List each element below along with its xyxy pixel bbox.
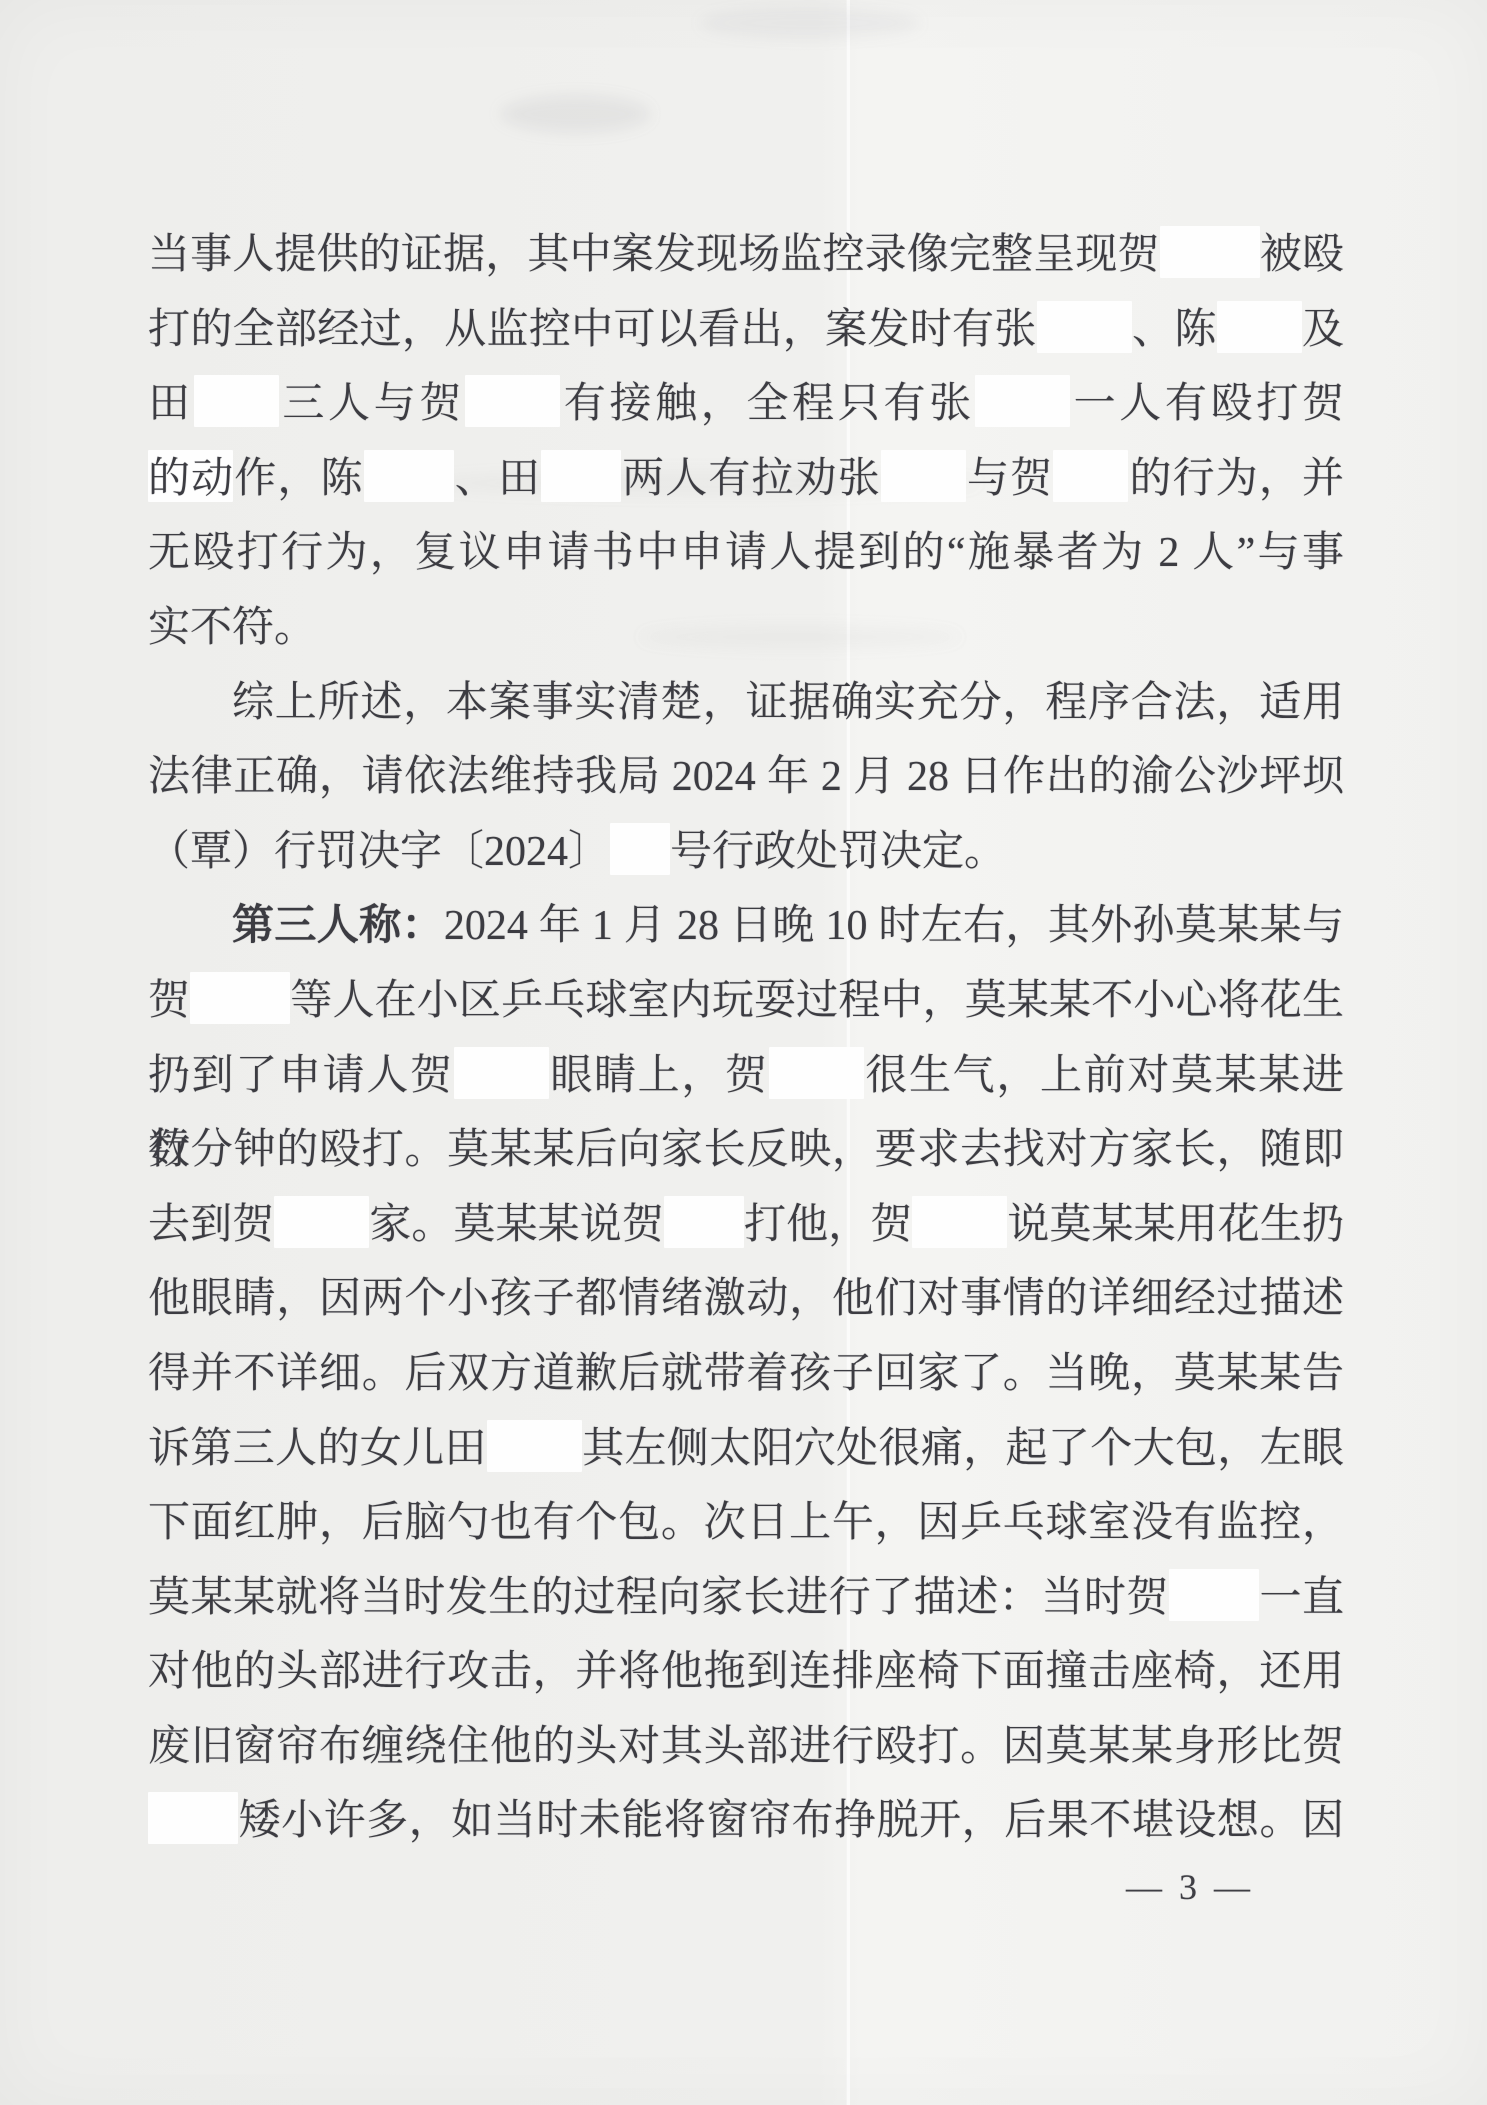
text-run: 两人有拉劝张 (621, 456, 881, 502)
text-line: 的动作，陈、田两人有拉劝张与贺的行为，并 (148, 442, 1344, 517)
text-run: 法律正确，请依法维持我局 2024 年 2 月 28 日作出的渝公沙坪坝 (148, 754, 1344, 800)
text-run: 矮小许多，如当时未能将窗帘布挣脱开，后果不堪设想。因 (238, 1798, 1344, 1844)
text-run: 打的全部经过，从监控中可以看出，案发时有张 (148, 307, 1037, 353)
redaction-box (664, 1196, 744, 1248)
redaction-box (454, 1047, 549, 1099)
text-run: 无殴打行为，复议申请书中申请人提到的“施暴者为 2 人”与事 (148, 530, 1344, 576)
text-run: 一人有殴打贺 (1070, 381, 1344, 427)
redaction-box (190, 972, 290, 1024)
text-run: 去到贺 (148, 1202, 274, 1248)
page-number: — 3 — (1110, 1866, 1270, 1908)
text-run: 废旧窗帘布缠绕住他的头对其头部进行殴打。因莫某某身形比贺 (148, 1724, 1344, 1770)
text-line: 去到贺家。莫某某说贺打他，贺说莫某某用花生扔 (148, 1188, 1344, 1263)
text-line: 田三人与贺有接触，全程只有张一人有殴打贺 (148, 367, 1344, 442)
redaction-box (148, 1792, 238, 1844)
redaction-box (1037, 301, 1132, 353)
text-line: 当事人提供的证据，其中案发现场监控录像完整呈现贺被殴 (148, 218, 1344, 293)
text-line: 数分钟的殴打。莫某某后向家长反映，要求去找对方家长，随即 (148, 1113, 1344, 1188)
text-run: 与贺 (966, 456, 1053, 502)
text-line: 得并不详细。后双方道歉后就带着孩子回家了。当晚，莫某某告 (148, 1337, 1344, 1412)
redaction-box (1160, 226, 1260, 278)
paragraph-lead: 第三人称： (232, 903, 444, 949)
text-line: 下面红肿，后脑勺也有个包。次日上午，因乒乓球室没有监控， (148, 1486, 1344, 1561)
redaction-box (194, 375, 279, 427)
text-run: 扔到了申请人贺 (148, 1053, 454, 1099)
redaction-box (975, 375, 1070, 427)
text-line: 实不符。 (148, 591, 1344, 666)
text-run: 、陈 (1132, 307, 1217, 353)
text-run: 2024 年 1 月 28 日晚 10 时左右，其外孙莫某某与 (444, 903, 1344, 949)
document-page: 当事人提供的证据，其中案发现场监控录像完整呈现贺被殴打的全部经过，从监控中可以看… (0, 0, 1487, 2105)
redaction-box (1053, 450, 1128, 502)
text-run: 号行政处罚决定。 (670, 829, 1006, 875)
text-run: 对他的头部进行攻击，并将他拖到连排座椅下面撞击座椅，还用 (148, 1649, 1344, 1695)
text-line: （覃）行罚决字〔2024〕号行政处罚决定。 (148, 815, 1344, 890)
redaction-box (912, 1196, 1007, 1248)
text-run: （覃）行罚决字〔2024〕 (148, 829, 610, 875)
text-run: 打他，贺 (744, 1202, 912, 1248)
text-line: 对他的头部进行攻击，并将他拖到连排座椅下面撞击座椅，还用 (148, 1635, 1344, 1710)
document-body: 当事人提供的证据，其中案发现场监控录像完整呈现贺被殴打的全部经过，从监控中可以看… (148, 218, 1344, 1859)
text-run: 的动作，陈 (148, 456, 364, 502)
text-line: 诉第三人的女儿田其左侧太阳穴处很痛，起了个大包，左眼 (148, 1412, 1344, 1487)
text-line: 贺等人在小区乒乓球室内玩耍过程中，莫某某不小心将花生 (148, 964, 1344, 1039)
text-line: 他眼睛，因两个小孩子都情绪激动，他们对事情的详细经过描述 (148, 1262, 1344, 1337)
scan-artifact (700, 8, 920, 38)
text-run: 他眼睛，因两个小孩子都情绪激动，他们对事情的详细经过描述 (148, 1276, 1344, 1322)
text-line: 第三人称：2024 年 1 月 28 日晚 10 时左右，其外孙莫某某与 (148, 889, 1344, 964)
text-run: 贺 (148, 978, 190, 1024)
text-run: 的行为，并 (1128, 456, 1344, 502)
text-run: 实不符。 (148, 605, 316, 651)
text-run: 其左侧太阳穴处很痛，起了个大包，左眼 (582, 1426, 1344, 1472)
text-line: 矮小许多，如当时未能将窗帘布挣脱开，后果不堪设想。因 (148, 1784, 1344, 1859)
text-run: 诉第三人的女儿田 (148, 1426, 487, 1472)
text-run: 家。莫某某说贺 (369, 1202, 664, 1248)
redaction-box (881, 450, 966, 502)
scan-artifact (500, 95, 650, 133)
redaction-box (487, 1420, 582, 1472)
redaction-box (1169, 1569, 1259, 1621)
redaction-box (465, 375, 560, 427)
text-run: 一直 (1259, 1575, 1344, 1621)
text-run: 莫某某就将当时发生的过程向家长进行了描述：当时贺 (148, 1575, 1169, 1621)
text-run: 有接触，全程只有张 (560, 381, 975, 427)
text-run: 得并不详细。后双方道歉后就带着孩子回家了。当晚，莫某某告 (148, 1351, 1344, 1397)
text-line: 无殴打行为，复议申请书中申请人提到的“施暴者为 2 人”与事 (148, 516, 1344, 591)
redaction-box (364, 450, 454, 502)
text-line: 法律正确，请依法维持我局 2024 年 2 月 28 日作出的渝公沙坪坝 (148, 740, 1344, 815)
text-run: 等人在小区乒乓球室内玩耍过程中，莫某某不小心将花生 (290, 978, 1344, 1024)
text-line: 综上所述，本案事实清楚，证据确实充分，程序合法，适用 (148, 666, 1344, 741)
text-line: 扔到了申请人贺眼睛上，贺很生气，上前对莫某某进行 (148, 1039, 1344, 1114)
text-run: 三人与贺 (279, 381, 465, 427)
redaction-box (541, 450, 621, 502)
redaction-box (274, 1196, 369, 1248)
text-run: 数分钟的殴打。莫某某后向家长反映，要求去找对方家长，随即 (148, 1127, 1344, 1173)
text-line: 废旧窗帘布缠绕住他的头对其头部进行殴打。因莫某某身形比贺 (148, 1710, 1344, 1785)
redaction-box (610, 823, 670, 875)
text-run: 被殴 (1260, 232, 1344, 278)
text-line: 莫某某就将当时发生的过程向家长进行了描述：当时贺一直 (148, 1561, 1344, 1636)
text-line: 打的全部经过，从监控中可以看出，案发时有张、陈及 (148, 293, 1344, 368)
redaction-box (1217, 301, 1302, 353)
text-run: 说莫某某用花生扔 (1007, 1202, 1344, 1248)
text-run: 当事人提供的证据，其中案发现场监控录像完整呈现贺 (148, 232, 1160, 278)
text-run: 、田 (454, 456, 541, 502)
text-run: 田 (148, 381, 194, 427)
text-run: 眼睛上，贺 (549, 1053, 769, 1099)
redaction-box (769, 1047, 864, 1099)
text-run: 下面红肿，后脑勺也有个包。次日上午，因乒乓球室没有监控， (148, 1500, 1344, 1546)
text-run: 综上所述，本案事实清楚，证据确实充分，程序合法，适用 (232, 680, 1344, 726)
text-run: 及 (1302, 307, 1344, 353)
